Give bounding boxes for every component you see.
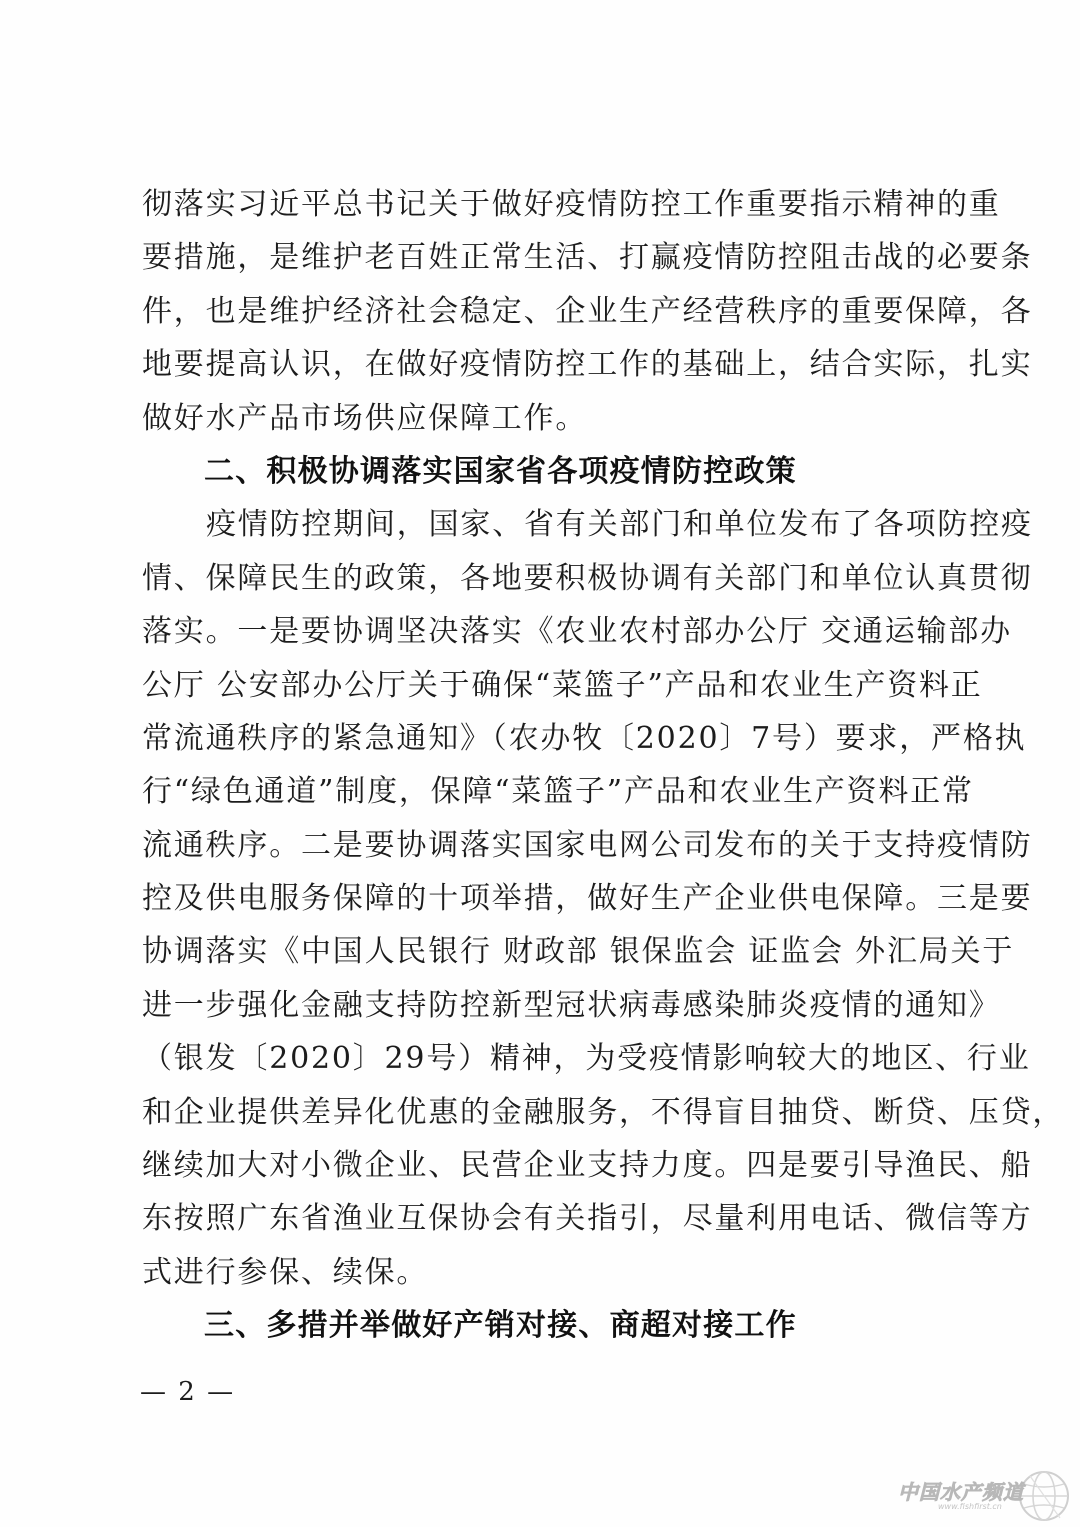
body-line: 做好水产品市场供应保障工作。 <box>142 392 942 445</box>
section-heading-3: 三、多措并举做好产销对接、商超对接工作 <box>142 1299 942 1352</box>
watermark: 中国水产频道 www.fishfirst.cn <box>898 1468 1078 1524</box>
body-line: 件，也是维护经济社会稳定、企业生产经营秩序的重要保障，各 <box>142 285 942 338</box>
watermark-title: 中国水产频道 <box>898 1476 1024 1505</box>
body-line: 控及供电服务保障的十项举措，做好生产企业供电保障。三是要 <box>142 872 942 925</box>
body-line: 进一步强化金融支持防控新型冠状病毒感染肺炎疫情的通知》 <box>142 979 942 1032</box>
body-line: 地要提高认识，在做好疫情防控工作的基础上，结合实际，扎实 <box>142 338 942 391</box>
body-line: 流通秩序。二是要协调落实国家电网公司发布的关于支持疫情防 <box>142 819 942 872</box>
document-page: 彻落实习近平总书记关于做好疫情防控工作重要指示精神的重 要措施，是维护老百姓正常… <box>0 0 1080 1527</box>
body-line: 疫情防控期间，国家、省有关部门和单位发布了各项防控疫 <box>142 498 942 551</box>
body-line: 式进行参保、续保。 <box>142 1246 942 1299</box>
body-line: 常流通秩序的紧急通知》（农办牧〔2020〕7号）要求，严格执 <box>142 712 942 765</box>
page-number: — 2 — <box>140 1374 235 1410</box>
watermark-url: www.fishfirst.cn <box>938 1502 1002 1511</box>
body-line: 要措施，是维护老百姓正常生活、打赢疫情防控阻击战的必要条 <box>142 231 942 284</box>
body-line: 东按照广东省渔业互保协会有关指引，尽量利用电话、微信等方 <box>142 1192 942 1245</box>
body-line: 彻落实习近平总书记关于做好疫情防控工作重要指示精神的重 <box>142 178 942 231</box>
document-body: 彻落实习近平总书记关于做好疫情防控工作重要指示精神的重 要措施，是维护老百姓正常… <box>142 178 942 1353</box>
body-line: 情、保障民生的政策，各地要积极协调有关部门和单位认真贯彻 <box>142 552 942 605</box>
body-line: 行“绿色通道”制度，保障“菜篮子”产品和农业生产资料正常 <box>142 765 942 818</box>
body-line: 公厅 公安部办公厅关于确保“菜篮子”产品和农业生产资料正 <box>142 659 942 712</box>
section-heading-2: 二、积极协调落实国家省各项疫情防控政策 <box>142 445 942 498</box>
body-line: 和企业提供差异化优惠的金融服务，不得盲目抽贷、断贷、压贷， <box>142 1086 942 1139</box>
body-line: 继续加大对小微企业、民营企业支持力度。四是要引导渔民、船 <box>142 1139 942 1192</box>
body-line: 协调落实《中国人民银行 财政部 银保监会 证监会 外汇局关于 <box>142 925 942 978</box>
body-line: 落实。一是要协调坚决落实《农业农村部办公厅 交通运输部办 <box>142 605 942 658</box>
body-line: （银发〔2020〕29号）精神，为受疫情影响较大的地区、行业 <box>142 1032 942 1085</box>
globe-icon <box>1016 1468 1072 1524</box>
